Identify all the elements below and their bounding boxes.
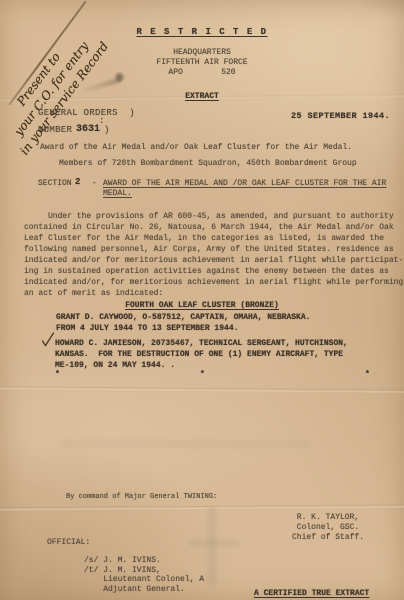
paper-crease — [0, 505, 404, 512]
ink-bleed-mark — [208, 506, 216, 586]
document-sheet: Present to your C.O. for entry in your s… — [0, 0, 404, 600]
award-entry-jamieson: HOWARD C. JAMIESON, 20735467, TECHNICAL … — [55, 338, 348, 371]
handwritten-checkmark — [41, 332, 55, 352]
section-label: SECTION — [38, 178, 72, 189]
corner-shade — [346, 0, 404, 20]
body-paragraph: Under the provisions of AR 600-45, as am… — [24, 211, 398, 299]
cluster-heading: FOURTH OAK LEAF CLUSTER (BRONZE) — [0, 300, 404, 311]
chief-title: Chief of Staff. — [278, 533, 378, 543]
section-title-line2: MEDAL. — [103, 188, 132, 199]
signature-block: /s/ J. M. IVINS. /t/ J. M. IVINS, Lieute… — [84, 556, 204, 594]
section-title-line1: AWARD OF THE AIR MEDAL AND /OR OAK LEAF … — [103, 178, 386, 189]
ink-bleed-mark — [60, 440, 310, 448]
certified-extract-stamp: A CERTIFIED TRUE EXTRACT — [254, 588, 369, 599]
chief-rank: Colonel, GSC. — [278, 523, 378, 533]
members-line: Members of 720th Bombardment Squadron, 4… — [59, 158, 357, 169]
chief-name: R. K. TAYLOR, — [278, 513, 378, 523]
orders-number-paren: ) — [104, 125, 110, 136]
general-orders-label: GENERAL ORDERS ) — [38, 108, 135, 119]
extract-label: EXTRACT — [0, 91, 404, 102]
order-date: 25 SEPTEMBER 1944. — [291, 111, 390, 122]
paper-crease — [0, 386, 404, 394]
official-label: OFFICIAL: — [47, 537, 90, 548]
by-command-line: By command of Major General TWINING: — [66, 492, 217, 503]
orders-number-label: NUMBER — [38, 125, 72, 136]
separator-asterisk: * — [365, 369, 370, 380]
section-number: 2 — [75, 177, 80, 188]
subject-line: Award of the Air Medal and/or Oak Leaf C… — [40, 142, 352, 153]
section-dash: - — [92, 178, 97, 189]
classification-header: R E S T R I C T E D — [0, 27, 404, 38]
org-apo: APO 520 — [0, 67, 404, 78]
separator-asterisk: * — [55, 369, 60, 380]
award-entry-caywood: GRANT D. CAYWOOD, O-587512, CAPTAIN, OMA… — [56, 312, 310, 334]
orders-number-value: 3631 — [76, 124, 100, 135]
ink-bleed-mark — [190, 540, 240, 546]
separator-asterisk: * — [200, 369, 205, 380]
